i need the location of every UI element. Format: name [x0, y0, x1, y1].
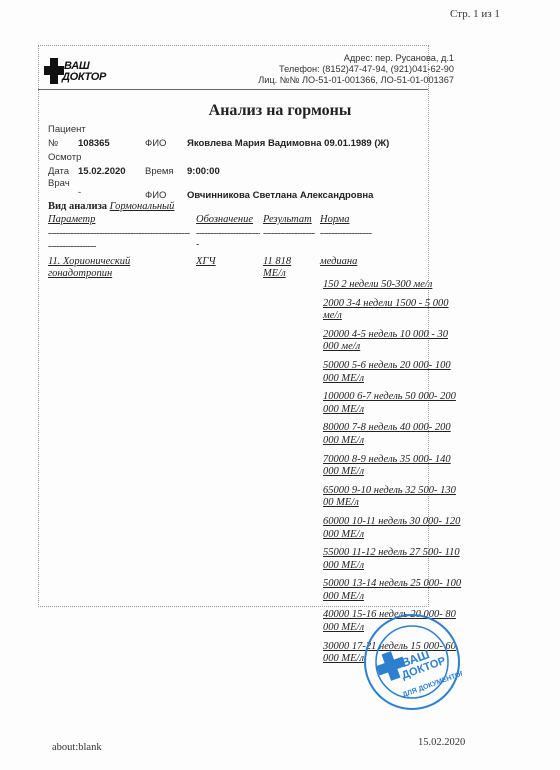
- dash-rule: ----------------------------------------…: [48, 228, 190, 239]
- norm-item: 150 2 недели 50-300 ме/л: [323, 279, 463, 292]
- designation: ХГЧ: [196, 256, 216, 267]
- dash-rule: -: [196, 239, 204, 250]
- logo-text-2: ДОКТОР: [62, 71, 106, 83]
- doctor-fio: Овчинникова Светлана Александровна: [187, 190, 373, 201]
- header-divider: [38, 89, 428, 90]
- page-number: Стр. 1 из 1: [450, 8, 500, 20]
- footer-date: 15.02.2020: [418, 737, 465, 748]
- column-result: Результат: [263, 214, 312, 225]
- norm-item: 50000 5-6 недель 20 000- 100 000 МЕ/л: [323, 360, 463, 385]
- exam-date-label: Дата: [48, 166, 69, 177]
- norm-item: 2000 3-4 недели 1500 - 5 000 ме/л: [323, 298, 463, 323]
- doctor-section-label: Врач: [48, 178, 70, 189]
- parameter-name: 11. Хорионический гонадотропин: [48, 256, 178, 280]
- doctor-fio-label: ФИО: [145, 190, 166, 201]
- dash-rule: --------------------: [320, 228, 372, 239]
- exam-date: 15.02.2020: [78, 166, 126, 177]
- norm-item: 100000 6-7 недель 50 000- 200 000 МЕ/л: [323, 391, 463, 416]
- document-title: Анализ на гормоны: [0, 102, 560, 120]
- patient-fio: Яковлева Мария Вадимовна 09.01.1989 (Ж): [187, 138, 389, 149]
- analysis-type-label: Вид анализа: [48, 201, 107, 212]
- norm-item: 70000 8-9 недель 35 000- 140 000 МЕ/л: [323, 454, 463, 479]
- clinic-logo: ВАШ ДОКТОР: [44, 58, 104, 84]
- doctor-dash: -: [78, 187, 81, 198]
- exam-time-label: Время: [145, 166, 174, 177]
- norm-header: медиана: [320, 256, 357, 267]
- dash-rule: ------------------------: [196, 228, 260, 239]
- clinic-phone: Телефон: (8152)47-47-94, (921)041-62-90: [258, 64, 454, 75]
- cross-icon-bar: [44, 66, 64, 75]
- clinic-address: Адрес: пер. Русанова, д.1: [258, 53, 454, 64]
- dash-rule: --------------------: [263, 228, 315, 239]
- clinic-info: Адрес: пер. Русанова, д.1 Телефон: (8152…: [258, 53, 454, 86]
- patient-fio-label: ФИО: [145, 138, 166, 149]
- norm-item: 80000 7-8 недель 40 000- 200 000 МЕ/л: [323, 422, 463, 447]
- footer-url: about:blank: [52, 742, 102, 753]
- clinic-stamp: ВАШ ДОКТОР ДЛЯ ДОКУМЕНТОВ: [362, 612, 462, 712]
- column-parameter: Параметр: [48, 214, 95, 225]
- norm-item: 60000 10-11 недель 30 000- 120 000 МЕ/л: [323, 516, 463, 541]
- analysis-type: Вид анализа Гормональный: [48, 201, 174, 212]
- patient-section-label: Пациент: [48, 124, 86, 135]
- norm-item: 50000 13-14 недель 25 000- 100 000 МЕ/л: [323, 578, 463, 603]
- analysis-type-value: Гормональный: [110, 201, 175, 212]
- column-designation: Обозначение: [196, 214, 253, 225]
- exam-section-label: Осмотр: [48, 152, 81, 163]
- norm-item: 20000 4-5 недель 10 000 - 30 000 ме/л: [323, 329, 463, 354]
- column-norm: Норма: [320, 214, 350, 225]
- norm-item: 55000 11-12 недель 27 500- 110 000 МЕ/л: [323, 547, 463, 572]
- norm-item: 65000 9-10 недель 32 500- 130 00 МЕ/л: [323, 485, 463, 510]
- dash-rule: ------------------: [48, 241, 96, 252]
- clinic-license: Лиц. №№ ЛО-51-01-001366, ЛО-51-01-001367: [258, 75, 454, 86]
- patient-number: 108365: [78, 138, 110, 149]
- result-value: 11 818 МЕ/л: [263, 256, 303, 280]
- exam-time: 9:00:00: [187, 166, 220, 177]
- patient-number-label: №: [48, 138, 58, 149]
